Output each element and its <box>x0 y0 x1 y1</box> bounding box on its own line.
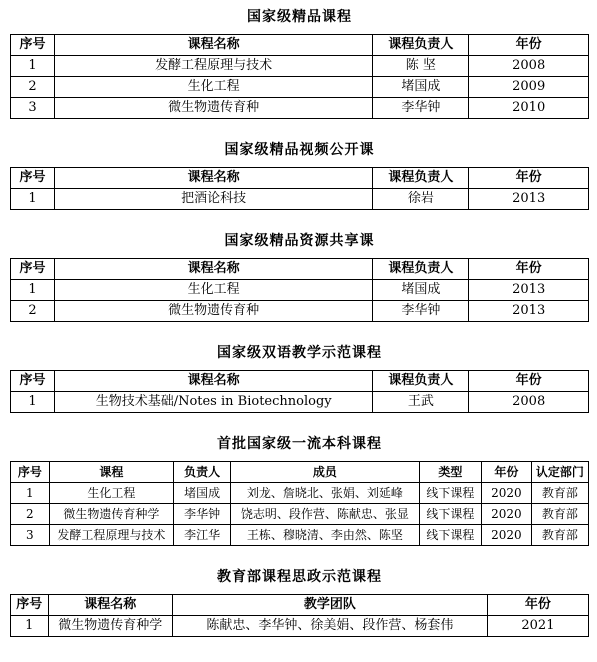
table-cell: 2 <box>11 504 50 525</box>
table-cell: 堵国成 <box>373 77 469 98</box>
table-row: 1发酵工程原理与技术陈 坚2008 <box>11 56 589 77</box>
table-cell: 李华钟 <box>373 301 469 322</box>
section-title: 国家级精品课程 <box>10 8 589 26</box>
table-cell: 生化工程 <box>54 77 372 98</box>
table-cell: 堵国成 <box>373 280 469 301</box>
section-title: 国家级精品资源共享课 <box>10 232 589 250</box>
course-section-6: 教育部课程思政示范课程 序号课程名称教学团队年份 1微生物遗传育种学陈献忠、李华… <box>10 568 589 637</box>
table-row: 3发酵工程原理与技术李江华王栋、穆晓清、李由然、陈坚线下课程2020教育部 <box>11 525 589 546</box>
table-cell: 李华钟 <box>173 504 230 525</box>
column-header: 课程负责人 <box>373 371 469 392</box>
section-title: 国家级精品视频公开课 <box>10 141 589 159</box>
course-table: 序号课程名称课程负责人年份 1生物技术基础/Notes in Biotechno… <box>10 370 589 413</box>
table-header-row: 序号课程名称课程负责人年份 <box>11 35 589 56</box>
table-cell: 1 <box>11 483 50 504</box>
column-header: 课程名称 <box>54 259 372 280</box>
table-row: 1把酒论科技徐岩2013 <box>11 189 589 210</box>
table-cell: 发酵工程原理与技术 <box>49 525 173 546</box>
table-cell: 线下课程 <box>419 504 481 525</box>
table-cell: 1 <box>11 392 55 413</box>
table-cell: 2 <box>11 77 55 98</box>
table-body: 1生物技术基础/Notes in Biotechnology王武2008 <box>11 392 589 413</box>
column-header: 认定部门 <box>531 462 588 483</box>
table-cell: 线下课程 <box>419 483 481 504</box>
column-header: 序号 <box>11 259 55 280</box>
column-header: 序号 <box>11 371 55 392</box>
table-cell: 刘龙、詹晓北、张娟、刘延峰 <box>231 483 419 504</box>
table-cell: 2021 <box>487 616 588 637</box>
course-section-3: 国家级精品资源共享课 序号课程名称课程负责人年份 1生化工程堵国成20132微生… <box>10 232 589 322</box>
table-row: 3微生物遗传育种李华钟2010 <box>11 98 589 119</box>
table-cell: 王栋、穆晓清、李由然、陈坚 <box>231 525 419 546</box>
table-row: 2微生物遗传育种李华钟2013 <box>11 301 589 322</box>
column-header: 成员 <box>231 462 419 483</box>
table-cell: 李华钟 <box>373 98 469 119</box>
table-cell: 2020 <box>482 525 532 546</box>
table-cell: 2020 <box>482 504 532 525</box>
column-header: 课程负责人 <box>373 168 469 189</box>
course-section-4: 国家级双语教学示范课程 序号课程名称课程负责人年份 1生物技术基础/Notes … <box>10 344 589 413</box>
table-cell: 把酒论科技 <box>54 189 372 210</box>
course-table: 序号课程名称课程负责人年份 1生化工程堵国成20132微生物遗传育种李华钟201… <box>10 258 589 322</box>
column-header: 负责人 <box>173 462 230 483</box>
table-cell: 3 <box>11 98 55 119</box>
column-header: 年份 <box>482 462 532 483</box>
table-cell: 2008 <box>469 56 589 77</box>
table-body: 1微生物遗传育种学陈献忠、李华钟、徐美娟、段作营、杨套伟2021 <box>11 616 589 637</box>
course-tables-page: 国家级精品课程 序号课程名称课程负责人年份 1发酵工程原理与技术陈 坚20082… <box>0 0 597 662</box>
course-table: 序号课程负责人成员类型年份认定部门 1生化工程堵国成刘龙、詹晓北、张娟、刘延峰线… <box>10 461 589 546</box>
column-header: 课程名称 <box>54 35 372 56</box>
course-table: 序号课程名称课程负责人年份 1把酒论科技徐岩2013 <box>10 167 589 210</box>
table-cell: 2008 <box>469 392 589 413</box>
table-cell: 2020 <box>482 483 532 504</box>
column-header: 年份 <box>469 168 589 189</box>
column-header: 年份 <box>469 259 589 280</box>
table-header-row: 序号课程负责人成员类型年份认定部门 <box>11 462 589 483</box>
table-cell: 线下课程 <box>419 525 481 546</box>
column-header: 序号 <box>11 595 49 616</box>
column-header: 年份 <box>469 35 589 56</box>
table-body: 1发酵工程原理与技术陈 坚20082生化工程堵国成20093微生物遗传育种李华钟… <box>11 56 589 119</box>
table-cell: 教育部 <box>531 483 588 504</box>
table-cell: 李江华 <box>173 525 230 546</box>
table-body: 1把酒论科技徐岩2013 <box>11 189 589 210</box>
course-section-1: 国家级精品课程 序号课程名称课程负责人年份 1发酵工程原理与技术陈 坚20082… <box>10 8 589 119</box>
column-header: 序号 <box>11 168 55 189</box>
table-header-row: 序号课程名称课程负责人年份 <box>11 168 589 189</box>
table-cell: 徐岩 <box>373 189 469 210</box>
course-table: 序号课程名称课程负责人年份 1发酵工程原理与技术陈 坚20082生化工程堵国成2… <box>10 34 589 119</box>
column-header: 课程负责人 <box>373 35 469 56</box>
table-cell: 2013 <box>469 301 589 322</box>
table-cell: 教育部 <box>531 525 588 546</box>
table-cell: 微生物遗传育种学 <box>48 616 172 637</box>
table-row: 1生化工程堵国成2013 <box>11 280 589 301</box>
section-title: 教育部课程思政示范课程 <box>10 568 589 586</box>
table-body: 1生化工程堵国成20132微生物遗传育种李华钟2013 <box>11 280 589 322</box>
column-header: 年份 <box>487 595 588 616</box>
table-cell: 生化工程 <box>54 280 372 301</box>
table-cell: 微生物遗传育种 <box>54 301 372 322</box>
table-cell: 生物技术基础/Notes in Biotechnology <box>54 392 372 413</box>
column-header: 课程 <box>49 462 173 483</box>
course-table: 序号课程名称教学团队年份 1微生物遗传育种学陈献忠、李华钟、徐美娟、段作营、杨套… <box>10 594 589 637</box>
table-cell: 2013 <box>469 280 589 301</box>
course-section-5: 首批国家级一流本科课程 序号课程负责人成员类型年份认定部门 1生化工程堵国成刘龙… <box>10 435 589 546</box>
column-header: 课程名称 <box>54 371 372 392</box>
table-cell: 陈献忠、李华钟、徐美娟、段作营、杨套伟 <box>172 616 487 637</box>
section-title: 首批国家级一流本科课程 <box>10 435 589 453</box>
column-header: 年份 <box>469 371 589 392</box>
table-row: 1微生物遗传育种学陈献忠、李华钟、徐美娟、段作营、杨套伟2021 <box>11 616 589 637</box>
column-header: 教学团队 <box>172 595 487 616</box>
table-cell: 2009 <box>469 77 589 98</box>
table-row: 1生化工程堵国成刘龙、詹晓北、张娟、刘延峰线下课程2020教育部 <box>11 483 589 504</box>
table-cell: 1 <box>11 616 49 637</box>
table-cell: 微生物遗传育种 <box>54 98 372 119</box>
table-cell: 发酵工程原理与技术 <box>54 56 372 77</box>
section-title: 国家级双语教学示范课程 <box>10 344 589 362</box>
column-header: 序号 <box>11 462 50 483</box>
course-section-2: 国家级精品视频公开课 序号课程名称课程负责人年份 1把酒论科技徐岩2013 <box>10 141 589 210</box>
table-cell: 2 <box>11 301 55 322</box>
column-header: 课程名称 <box>48 595 172 616</box>
table-body: 1生化工程堵国成刘龙、詹晓北、张娟、刘延峰线下课程2020教育部2微生物遗传育种… <box>11 483 589 546</box>
table-cell: 堵国成 <box>173 483 230 504</box>
table-cell: 教育部 <box>531 504 588 525</box>
table-row: 2生化工程堵国成2009 <box>11 77 589 98</box>
table-cell: 1 <box>11 56 55 77</box>
table-cell: 微生物遗传育种学 <box>49 504 173 525</box>
table-cell: 3 <box>11 525 50 546</box>
table-cell: 1 <box>11 189 55 210</box>
column-header: 类型 <box>419 462 481 483</box>
table-cell: 王武 <box>373 392 469 413</box>
table-header-row: 序号课程名称课程负责人年份 <box>11 371 589 392</box>
table-header-row: 序号课程名称课程负责人年份 <box>11 259 589 280</box>
column-header: 课程负责人 <box>373 259 469 280</box>
table-header-row: 序号课程名称教学团队年份 <box>11 595 589 616</box>
table-cell: 2010 <box>469 98 589 119</box>
table-cell: 2013 <box>469 189 589 210</box>
table-row: 1生物技术基础/Notes in Biotechnology王武2008 <box>11 392 589 413</box>
table-cell: 生化工程 <box>49 483 173 504</box>
table-row: 2微生物遗传育种学李华钟饶志明、段作营、陈献忠、张显线下课程2020教育部 <box>11 504 589 525</box>
table-cell: 陈 坚 <box>373 56 469 77</box>
table-cell: 饶志明、段作营、陈献忠、张显 <box>231 504 419 525</box>
column-header: 课程名称 <box>54 168 372 189</box>
column-header: 序号 <box>11 35 55 56</box>
table-cell: 1 <box>11 280 55 301</box>
